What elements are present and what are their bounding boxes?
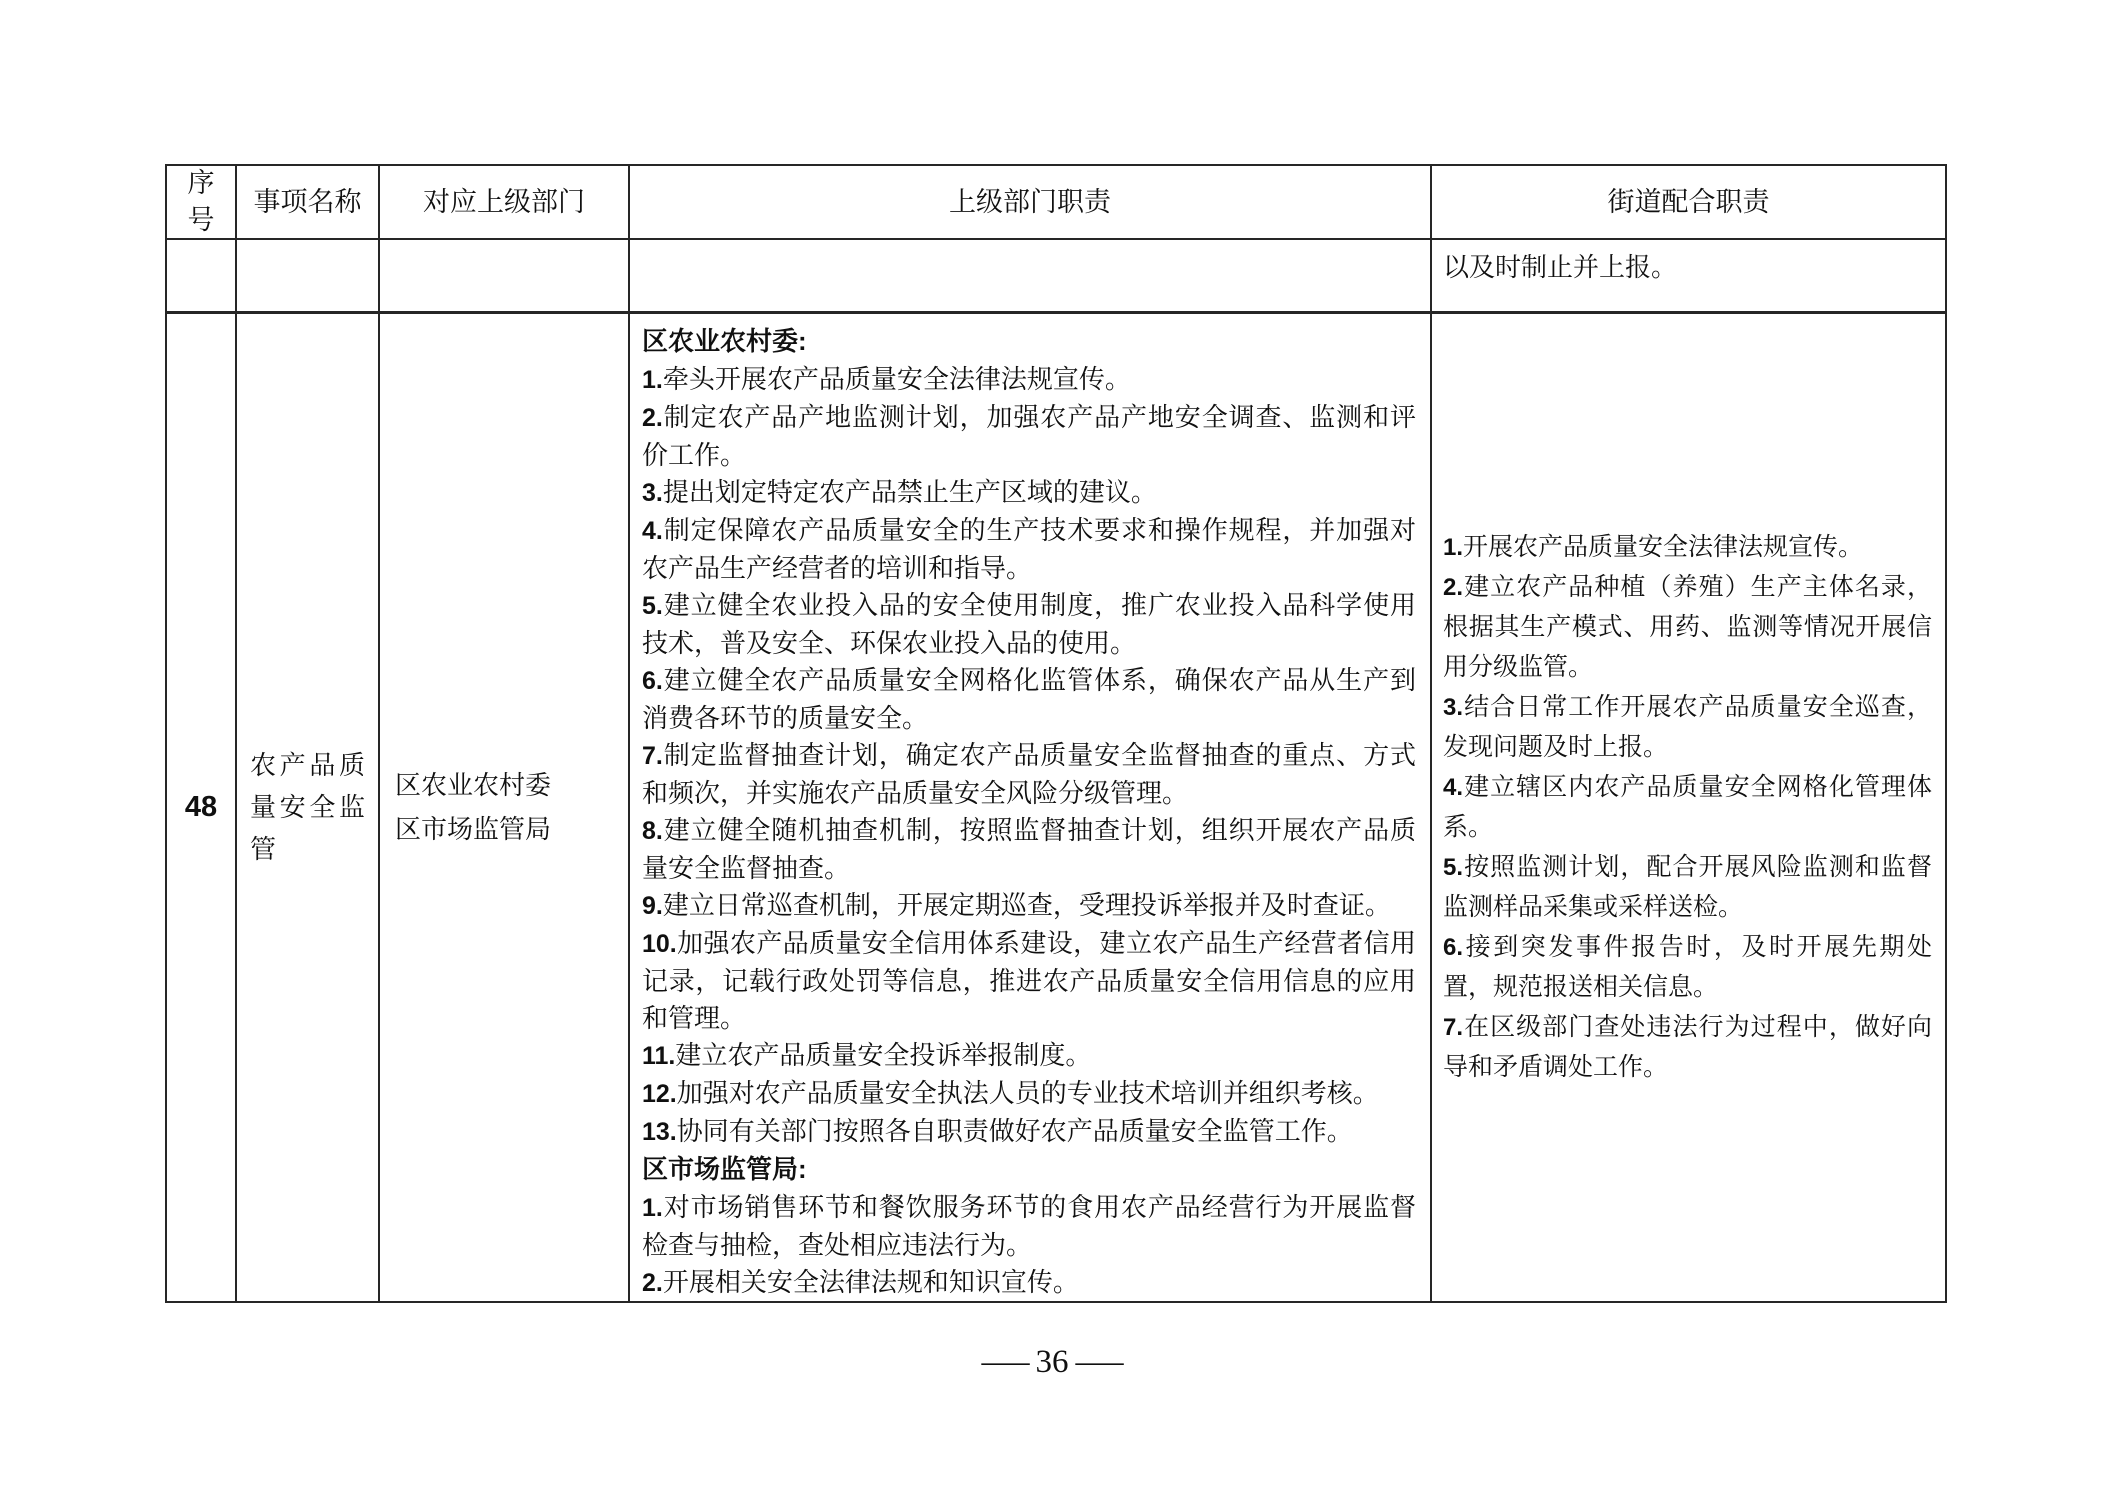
duty-item: 7.在区级部门查处违法行为过程中，做好向导和矛盾调处工作。 [1443,1008,1932,1088]
duty-item-text: 建立日常巡查机制，开展定期巡查，受理投诉举报并及时查证。 [663,891,1391,920]
duty-item-text: 建立农产品种植（养殖）生产主体名录，根据其生产模式、用药、监测等情况开展信用分级… [1443,574,1932,681]
duty-item-number: 1. [1443,534,1463,561]
duty-item: 9.建立日常巡查机制，开展定期巡查，受理投诉举报并及时查证。 [642,887,1416,925]
duty-item-text: 加强对农产品质量安全执法人员的专业技术培训并组织考核。 [677,1079,1379,1108]
table-row-48: 48 农产品质量安全监管 区农业农村委 区市场监管局 区农业农村委: 1.牵头开… [167,314,1945,1301]
table-header-row: 序 号 事项名称 对应上级部门 上级部门职责 街道配合职责 [167,166,1945,240]
col-header-superior-dept-label: 对应上级部门 [423,184,585,221]
col-header-seq-no-label: 序 号 [188,166,215,239]
duty-item-text: 区农业农村委: [642,326,807,356]
duty-item-text: 建立辖区内农产品质量安全网格化管理体系。 [1443,774,1932,841]
duty-item-text: 建立农产品质量安全投诉举报制度。 [675,1041,1091,1070]
col-header-seq-no: 序 号 [167,166,237,240]
continuation-street-duties-cell: 以及时制止并上报。 [1432,240,1945,314]
duty-item-number: 8. [642,817,663,845]
duty-item: 3.结合日常工作开展农产品质量安全巡查，发现问题及时上报。 [1443,688,1932,768]
department-line: 区农业农村委 [395,764,628,808]
item-name-text: 农产品质量安全监管 [237,745,378,871]
duty-item: 12.加强对农产品质量安全执法人员的专业技术培训并组织考核。 [642,1075,1416,1113]
duty-item-text: 开展相关安全法律法规和知识宣传。 [663,1268,1079,1297]
col-header-superior-dept: 对应上级部门 [380,166,630,240]
departments-cell: 区农业农村委 区市场监管局 [380,314,630,1301]
page-footer: —36— [0,1344,2104,1381]
street-duties-cell: 1.开展农产品质量安全法律法规宣传。 2.建立农产品种植（养殖）生产主体名录，根… [1432,314,1945,1301]
col-header-superior-duties: 上级部门职责 [630,166,1432,240]
page-number: 36 [1036,1344,1069,1381]
duty-item-number: 5. [1443,854,1463,881]
duty-item-text: 建立健全农业投入品的安全使用制度，推广农业投入品科学使用技术，普及安全、环保农业… [642,591,1416,658]
duty-item: 6.接到突发事件报告时，及时开展先期处置，规范报送相关信息。 [1443,928,1932,1008]
duty-item-text: 建立健全农产品质量安全网格化监管体系，确保农产品从生产到消费各环节的质量安全。 [642,666,1416,733]
department-line: 区市场监管局 [395,808,628,852]
continuation-item-name-cell [237,240,380,314]
responsibilities-table: 序 号 事项名称 对应上级部门 上级部门职责 街道配合职责 以及时制止并上报。 [165,164,1947,1303]
duty-item: 5.按照监测计划，配合开展风险监测和监督监测样品采集或采样送检。 [1443,848,1932,928]
duty-item: 2.制定农产品产地监测计划，加强农产品产地安全调查、监测和评价工作。 [642,399,1416,474]
duty-item-number: 2. [642,1269,663,1297]
footer-right-dash: — [1075,1344,1123,1381]
duty-item-text: 区市场监管局: [642,1154,807,1184]
duty-item: 1.牵头开展农产品质量安全法律法规宣传。 [642,361,1416,399]
duty-item: 区市场监管局: [642,1151,1416,1189]
duty-item: 1.对市场销售环节和餐饮服务环节的食用农产品经营行为开展监督检查与抽检，查处相应… [642,1189,1416,1264]
duty-item: 4.建立辖区内农产品质量安全网格化管理体系。 [1443,768,1932,848]
duty-item-number: 3. [1443,694,1463,721]
duty-item-number: 2. [1443,574,1463,601]
duty-item-text: 牵头开展农产品质量安全法律法规宣传。 [663,365,1131,394]
duty-item-number: 4. [642,517,663,545]
duty-item: 2.建立农产品种植（养殖）生产主体名录，根据其生产模式、用药、监测等情况开展信用… [1443,568,1932,688]
duty-item-number: 12. [642,1080,677,1108]
superior-duties-cell: 区农业农村委: 1.牵头开展农产品质量安全法律法规宣传。 2.制定农产品产地监测… [630,314,1432,1301]
duty-item-number: 4. [1443,774,1463,801]
seq-no-cell: 48 [167,314,237,1301]
duty-item-number: 6. [642,667,663,695]
duty-item: 2.开展相关安全法律法规和知识宣传。 [642,1264,1416,1301]
duty-item-text: 接到突发事件报告时，及时开展先期处置，规范报送相关信息。 [1443,934,1932,1001]
duty-item: 7.制定监督抽查计划，确定农产品质量安全监督抽查的重点、方式和频次，并实施农产品… [642,737,1416,812]
duty-item-number: 10. [642,930,677,958]
duty-item-number: 7. [642,742,663,770]
col-header-item-name: 事项名称 [237,166,380,240]
duty-item-text: 提出划定特定农产品禁止生产区域的建议。 [663,478,1157,507]
duty-item-text: 制定监督抽查计划，确定农产品质量安全监督抽查的重点、方式和频次，并实施农产品质量… [642,741,1416,808]
duty-item-text: 按照监测计划，配合开展风险监测和监督监测样品采集或采样送检。 [1443,854,1932,921]
duty-item: 区农业农村委: [642,323,1416,361]
duty-item-number: 9. [642,892,663,920]
duty-item-number: 1. [642,366,663,394]
duty-item-number: 2. [642,404,663,432]
continuation-row: 以及时制止并上报。 [167,240,1945,314]
duty-item-text: 制定保障农产品质量安全的生产技术要求和操作规程，并加强对农产品生产经营者的培训和… [642,516,1416,583]
duty-item-number: 3. [642,479,663,507]
col-header-superior-duties-label: 上级部门职责 [949,184,1111,221]
duty-item-text: 加强农产品质量安全信用体系建设，建立农产品生产经营者信用记录，记载行政处罚等信息… [642,929,1416,1033]
duty-item: 13.协同有关部门按照各自职责做好农产品质量安全监管工作。 [642,1113,1416,1151]
duty-item-text: 建立健全随机抽查机制，按照监督抽查计划，组织开展农产品质量安全监督抽查。 [642,816,1416,883]
col-header-street-duties: 街道配合职责 [1432,166,1945,240]
duty-item-text: 开展农产品质量安全法律法规宣传。 [1463,534,1863,561]
duty-item: 6.建立健全农产品质量安全网格化监管体系，确保农产品从生产到消费各环节的质量安全… [642,662,1416,737]
duty-item: 10.加强农产品质量安全信用体系建设，建立农产品生产经营者信用记录，记载行政处罚… [642,925,1416,1037]
col-header-item-name-label: 事项名称 [254,184,362,221]
continuation-superior-duties-cell [630,240,1432,314]
duty-item-number: 6. [1443,934,1463,961]
duty-item: 11.建立农产品质量安全投诉举报制度。 [642,1037,1416,1075]
duty-item: 8.建立健全随机抽查机制，按照监督抽查计划，组织开展农产品质量安全监督抽查。 [642,812,1416,887]
col-header-street-duties-label: 街道配合职责 [1608,184,1770,221]
duty-item-number: 5. [642,592,663,620]
continuation-seq-cell [167,240,237,314]
duty-item: 1.开展农产品质量安全法律法规宣传。 [1443,528,1932,568]
footer-left-dash: — [981,1344,1029,1381]
duty-item-text: 协同有关部门按照各自职责做好农产品质量安全监管工作。 [677,1117,1353,1146]
duty-item: 4.制定保障农产品质量安全的生产技术要求和操作规程，并加强对农产品生产经营者的培… [642,512,1416,587]
duty-item-text: 结合日常工作开展农产品质量安全巡查，发现问题及时上报。 [1443,694,1932,761]
duty-item-text: 在区级部门查处违法行为过程中，做好向导和矛盾调处工作。 [1443,1014,1932,1081]
duty-item-number: 1. [642,1194,663,1222]
duty-item-text: 制定农产品产地监测计划，加强农产品产地安全调查、监测和评价工作。 [642,403,1416,470]
duty-item-text: 对市场销售环节和餐饮服务环节的食用农产品经营行为开展监督检查与抽检，查处相应违法… [642,1193,1416,1260]
item-name-cell: 农产品质量安全监管 [237,314,380,1301]
continuation-dept-cell [380,240,630,314]
document-page: 序 号 事项名称 对应上级部门 上级部门职责 街道配合职责 以及时制止并上报。 [0,0,2104,1488]
duty-item: 3.提出划定特定农产品禁止生产区域的建议。 [642,474,1416,512]
duty-item-number: 11. [642,1042,675,1070]
duty-item-number: 13. [642,1118,677,1146]
duty-item-number: 7. [1443,1014,1463,1041]
duty-item: 5.建立健全农业投入品的安全使用制度，推广农业投入品科学使用技术，普及安全、环保… [642,587,1416,662]
